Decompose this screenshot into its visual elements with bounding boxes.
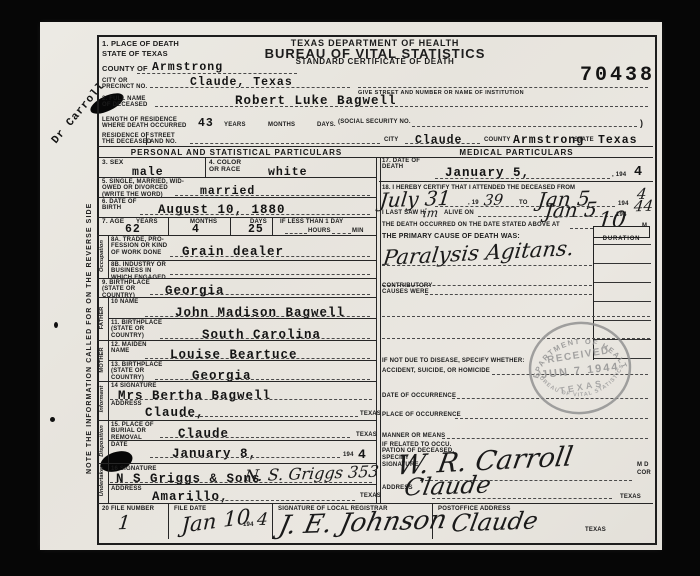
father-side-label: FATHER xyxy=(99,297,105,339)
burial-date-fill xyxy=(150,457,340,458)
last-saw-label2: ALIVE ON xyxy=(444,210,474,216)
residence-of-label: RESIDENCE OF THE DECEASED xyxy=(102,133,151,146)
mother-name-fill xyxy=(145,358,370,359)
length-years-value: 43 xyxy=(198,117,214,130)
street-no-label: STREET AND NO. xyxy=(150,133,177,146)
ssn-label: (SOCIAL SECURITY NO. xyxy=(338,119,411,125)
burial-state: TEXAS xyxy=(356,432,377,438)
mother-name-label: 12. MAIDEN NAME xyxy=(111,342,147,355)
cor-label: COR xyxy=(637,470,651,476)
age-label: 7. AGE xyxy=(102,219,124,226)
place-occurrence-label: PLACE OF OCCURRENCE xyxy=(382,412,461,418)
marital-fill xyxy=(175,195,370,196)
last-saw-label1: I LAST SAW H xyxy=(382,210,425,216)
row-line xyxy=(379,181,653,182)
contributory-fill xyxy=(425,294,592,295)
undertaker-sig-fill xyxy=(110,482,372,483)
row-line xyxy=(97,235,376,236)
last-saw-value-handwriting: Jan 5 xyxy=(544,197,599,223)
father-name-fill xyxy=(145,316,370,317)
mother-side-label: MOTHER xyxy=(99,340,105,380)
footer-div2 xyxy=(272,503,273,539)
undertaker-addr-label: ADDRESS xyxy=(111,486,142,492)
age-div3 xyxy=(272,217,273,235)
fullname-fill-line xyxy=(155,106,648,107)
min-fill xyxy=(332,233,351,234)
marital-label: 5. SINGLE, MARRIED, WID- OWED OR DIVORCE… xyxy=(102,179,184,198)
row-line xyxy=(97,381,376,382)
trade-label: 8A. TRADE, PRO- FESSION OR KIND OF WORK … xyxy=(111,237,167,256)
birthplace-fill xyxy=(150,294,370,295)
date-occurrence-label: DATE OF OCCURRENCE xyxy=(382,393,456,399)
row-line xyxy=(97,197,376,198)
min-label: MIN xyxy=(352,228,364,234)
hours-fill xyxy=(285,233,307,234)
row-line xyxy=(97,177,376,178)
band-top-line xyxy=(97,146,653,147)
county2-label: COUNTY xyxy=(484,137,511,143)
row-line xyxy=(108,360,376,361)
age-div1 xyxy=(168,217,169,235)
city-label: CITY OR PRECINCT NO. xyxy=(102,78,147,91)
band-bottom-line xyxy=(97,157,653,158)
street-fill-line xyxy=(358,87,648,88)
last-saw-year-handwriting: 44 xyxy=(633,197,654,216)
md-address-handwriting: Claude xyxy=(402,471,493,502)
row-line xyxy=(108,484,376,485)
duration-label: DURATION xyxy=(603,236,641,242)
to-year-prefix: 194 xyxy=(618,201,629,207)
received-stamp: DEPARTMENT OF HEALTH BUREAU OF VITAL STA… xyxy=(519,312,641,423)
registrar-signature-handwriting: J. E. Johnson xyxy=(276,505,450,541)
manner-label: MANNER OR MEANS xyxy=(382,433,445,439)
scan-speck xyxy=(54,322,58,328)
row-line xyxy=(97,278,376,279)
last-saw-fill-line xyxy=(478,216,613,217)
city2-label: CITY xyxy=(384,137,398,143)
fullname-label: 2. FULL NAME OF DECEASED xyxy=(102,96,148,109)
color-race-label: 4. COLOR OR RACE xyxy=(209,160,241,174)
mother-bp-fill xyxy=(155,379,370,380)
row-line xyxy=(97,420,376,421)
burial-year-prefix: 194 xyxy=(343,452,354,458)
informant-addr-label: ADDRESS xyxy=(111,401,142,407)
street-no-fill xyxy=(190,143,380,144)
disposition-side-label: Disposition xyxy=(99,421,105,461)
burial-value: Claude xyxy=(178,427,229,441)
father-name-label: 10 NAME xyxy=(111,299,138,305)
undertaker-side-label: Undertaker xyxy=(99,461,105,501)
scanned-death-certificate: Dr Carroll NOTE THE INFORMATION CALLED F… xyxy=(0,0,700,576)
certificate-number: 70438 xyxy=(580,64,655,87)
certificate-paper: Dr Carroll NOTE THE INFORMATION CALLED F… xyxy=(40,22,662,550)
industry-fill xyxy=(170,274,370,275)
city-fill-line xyxy=(150,87,350,88)
file-number-value: 1 xyxy=(117,512,131,534)
city2-fill xyxy=(405,143,480,144)
row-line xyxy=(97,297,376,298)
dob-label: 6. DATE OF BIRTH xyxy=(102,199,137,212)
sex-color-divider xyxy=(205,157,206,177)
footer-div1 xyxy=(168,503,169,539)
informant-sig-fill xyxy=(110,399,372,400)
manner-fill xyxy=(442,438,648,439)
undertaker-addr-value: Amarillo, xyxy=(152,490,229,504)
county-label: COUNTY OF xyxy=(102,65,148,73)
less-than-day-label: IF LESS THAN 1 DAY xyxy=(280,219,343,225)
last-saw-fill-handwriting: im xyxy=(422,206,439,221)
informant-addr-value: Claude, xyxy=(145,406,205,420)
father-bp-label: 11. BIRTHPLACE (STATE OR COUNTRY) xyxy=(111,320,162,339)
row-line xyxy=(108,440,376,441)
dod-label: 17. DATE OF DEATH xyxy=(382,158,420,171)
burial-fill xyxy=(160,437,350,438)
burial-year-value: 4 xyxy=(358,447,367,462)
margin-reverse-note: NOTE THE INFORMATION CALLED FOR ON THE R… xyxy=(86,128,93,474)
trade-fill xyxy=(170,256,370,257)
dob-fill xyxy=(140,214,370,215)
days-label: DAYS. xyxy=(317,122,336,128)
md-address-state: TEXAS xyxy=(620,494,641,500)
file-date-year-handwriting: 4 xyxy=(256,510,269,530)
file-date-year-prefix: 194 xyxy=(243,522,254,528)
attended-from-handwriting: July 31 xyxy=(379,186,452,212)
row-line xyxy=(97,340,376,341)
md-label: M D xyxy=(637,462,649,468)
scan-speck xyxy=(50,417,55,422)
residence-divider xyxy=(146,132,147,145)
md-address-fill xyxy=(432,498,612,499)
personal-section-header: PERSONAL AND STATISTICAL PARTICULARS xyxy=(97,148,376,157)
po-address-handwriting: Claude xyxy=(449,507,540,538)
occupation-side-label: Occupation xyxy=(99,235,105,277)
ssn-fill-line xyxy=(412,126,637,127)
dept-title-line3: STANDARD CERTIFICATE OF DEATH xyxy=(250,58,500,66)
footer-top-line xyxy=(97,503,653,504)
county-fill-line xyxy=(137,73,297,74)
medical-section-header: MEDICAL PARTICULARS xyxy=(381,148,652,157)
burial-date-value: January 8, xyxy=(172,447,257,461)
burial-label: 15. PLACE OF BURIAL OR REMOVAL xyxy=(111,422,154,441)
informant-addr-state: TEXAS xyxy=(360,411,381,417)
informant-side-label: Informant xyxy=(99,380,105,418)
dod-year-prefix: , 194 xyxy=(612,172,626,178)
row-line xyxy=(108,260,376,261)
side-strip-line xyxy=(108,297,109,503)
row-line xyxy=(97,217,376,218)
duration-header: DURATION xyxy=(593,226,650,238)
accident-label: ACCIDENT, SUICIDE, OR HOMICIDE xyxy=(382,368,490,374)
if-not-due-label: IF NOT DUE TO DISEASE, SPECIFY WHETHER: xyxy=(382,358,525,364)
dod-year-value: 4 xyxy=(634,165,643,180)
birthplace-value: Georgia xyxy=(165,284,225,298)
undertaker-addr-state: TEXAS xyxy=(360,493,381,499)
row-line xyxy=(108,318,376,319)
undertaker-addr-fill xyxy=(190,500,355,501)
years-label: YEARS xyxy=(224,122,246,128)
informant-addr-fill xyxy=(180,416,358,417)
occurred-label: THE DEATH OCCURRED ON THE DATE STATED AB… xyxy=(382,222,560,228)
side-strip-line xyxy=(108,235,109,278)
state2-label: STATE xyxy=(574,137,594,143)
father-bp-fill xyxy=(160,338,370,339)
place-of-death-label: 1. PLACE OF DEATH xyxy=(102,40,179,48)
state-of-texas-label: STATE OF TEXAS xyxy=(102,50,168,58)
sex-label: 3. SEX xyxy=(102,160,123,167)
months-label: MONTHS xyxy=(268,122,295,128)
dod-fill xyxy=(435,178,610,179)
age-div2 xyxy=(230,217,231,235)
cause-fill1 xyxy=(382,265,592,266)
length-residence-label: LENGTH OF RESIDENCE WHERE DEATH OCCURRED xyxy=(102,117,187,130)
burial-date-label: DATE xyxy=(111,442,128,448)
ssn-paren: ) xyxy=(640,119,643,128)
hours-label: HOURS xyxy=(308,228,331,234)
po-address-state: TEXAS xyxy=(585,527,606,533)
